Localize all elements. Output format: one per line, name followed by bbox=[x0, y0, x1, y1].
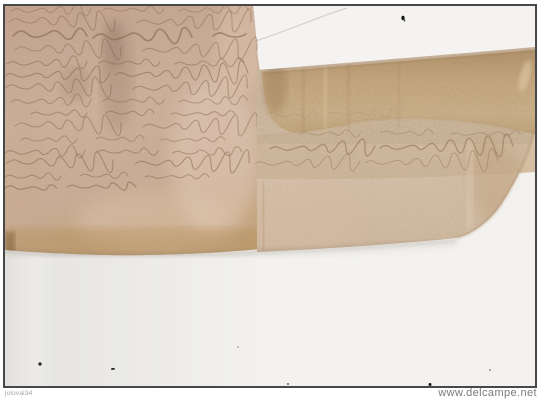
parchment-left bbox=[5, 6, 269, 258]
manuscript-scan-image bbox=[5, 6, 535, 386]
watermark-seller: joloval34 bbox=[5, 390, 32, 398]
watermark-site: www.delcampe.net bbox=[438, 388, 537, 399]
photo-frame bbox=[3, 4, 537, 388]
